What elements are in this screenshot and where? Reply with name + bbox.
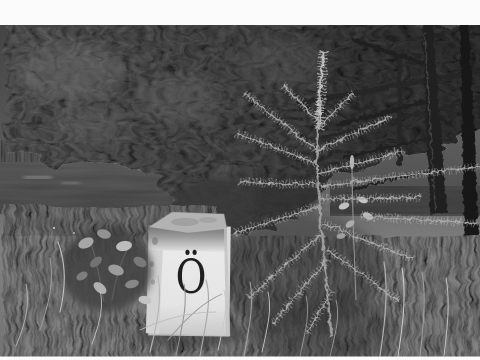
- photo-image-area: Ö: [0, 20, 480, 360]
- photo-canvas: Ö: [0, 0, 480, 360]
- photograph: Ö: [0, 0, 480, 360]
- film-grain: [0, 25, 480, 357]
